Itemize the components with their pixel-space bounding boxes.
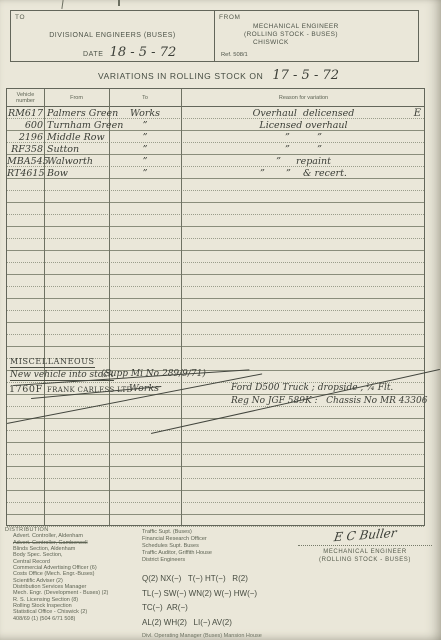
signature-handwritten: E C Buller	[333, 526, 397, 545]
from-office-line3: CHISWICK	[253, 39, 289, 46]
date-line: DATE 18 - 5 - 72	[83, 45, 176, 60]
form-title-label: VARIATIONS IN ROLLING STOCK ON	[98, 71, 263, 81]
cell-from: Bow	[47, 167, 68, 180]
garage-code-line: TC(−) AR(−)	[142, 601, 302, 616]
ref-number: Ref. 508/1	[221, 52, 248, 58]
date-value-handwritten: 18 - 5 - 72	[110, 45, 177, 60]
cell-reason: ” ” & recert.	[181, 167, 426, 180]
from-office-line2: (ROLLING STOCK - BUSES)	[244, 31, 338, 38]
to-recipient: DIVISIONAL ENGINEERS (BUSES)	[11, 32, 214, 39]
distribution-list: DISTRIBUTION Advert. Controller, Aldenha…	[5, 527, 143, 622]
recipient-item: Financial Research Officer	[142, 536, 302, 543]
recipient-item: Schedules Supt. Buses	[142, 543, 302, 550]
garage-codes: Q(2) NX(−) T(−) HT(−) R(2) TL(−) SW(−) W…	[142, 572, 302, 630]
col-vehicle-number: Vehicle number	[7, 89, 44, 107]
recipients-and-codes: Traffic Supt. (Buses) Financial Research…	[142, 529, 302, 639]
pen-mark	[118, 0, 120, 6]
date-label: DATE	[83, 51, 104, 58]
signature-block: E C Buller MECHANICAL ENGINEER (ROLLING …	[298, 526, 432, 564]
garage-code-line: Q(2) NX(−) T(−) HT(−) R(2)	[142, 572, 302, 587]
signature-line	[298, 545, 432, 546]
recipient-item: Traffic Supt. (Buses)	[142, 529, 302, 536]
cell-vehicle: RT4615	[7, 167, 43, 180]
cell-to: ”	[109, 167, 181, 180]
scanned-form-page: TO DIVISIONAL ENGINEERS (BUSES) DATE 18 …	[0, 0, 441, 640]
col-from: From	[44, 89, 109, 107]
from-label: FROM	[219, 14, 241, 21]
cell-reason-line2: Reg No JGF 589K : Chassis No MR 43306	[231, 396, 427, 406]
col-to: To	[109, 89, 181, 107]
table-header: Vehicle number From To Reason for variat…	[7, 89, 424, 107]
variation-date-handwritten: 17 - 5 - 72	[272, 68, 339, 83]
col-reason: Reason for variation	[181, 89, 426, 107]
to-box: TO DIVISIONAL ENGINEERS (BUSES) DATE 18 …	[10, 10, 215, 62]
manager-note: Divl. Operating Manager (Buses) Mansion …	[142, 633, 302, 639]
from-box: FROM MECHANICAL ENGINEER (ROLLING STOCK …	[215, 10, 419, 62]
recipient-item: District Engineers	[142, 557, 302, 564]
form-print-code: 408/69 (1) (504 6/71 508)	[13, 616, 143, 622]
garage-code-line: AL(2) WH(2) LI(−) AV(2)	[142, 616, 302, 631]
miscellaneous-heading: MISCELLANEOUS	[10, 357, 95, 368]
recipient-item: Traffic Auditor, Griffith House	[142, 550, 302, 557]
signatory-title-line2: (ROLLING STOCK - BUSES)	[298, 556, 432, 565]
variations-table: Vehicle number From To Reason for variat…	[6, 88, 425, 526]
form-title: VARIATIONS IN ROLLING STOCK ON 17 - 5 - …	[98, 68, 339, 83]
from-office-line1: MECHANICAL ENGINEER	[253, 23, 339, 30]
pen-mark	[61, 0, 63, 9]
table-row: RT4615 Bow ” ” ” & recert.	[7, 167, 424, 180]
garage-code-line: TL(−) SW(−) WN(2) W(−) HW(−)	[142, 587, 302, 602]
to-label: TO	[15, 14, 25, 21]
